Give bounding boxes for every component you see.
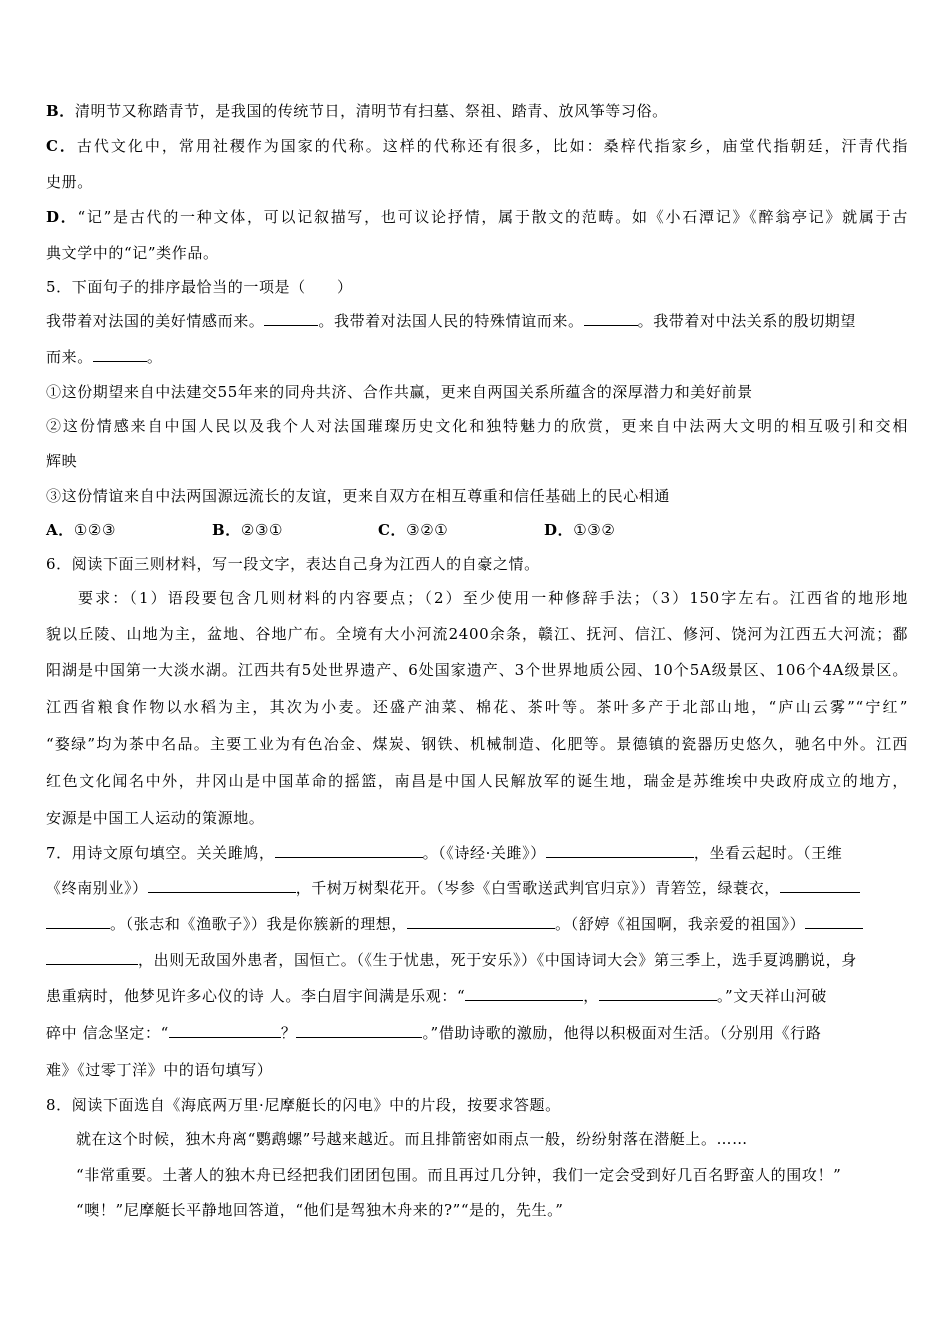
answer-blank[interactable] [465, 986, 583, 1001]
q4-option-d-cont: 典文学中的“记”类作品。 [46, 243, 219, 263]
question-number: 7． [46, 844, 72, 862]
q6-stem: 6．阅读下面三则材料，写一段文字，表达自己身为江西人的自豪之情。 [46, 554, 540, 574]
answer-blank[interactable] [275, 843, 423, 858]
option-label: C． [46, 137, 77, 155]
answer-blank[interactable] [169, 1023, 281, 1038]
choice-c[interactable]: C．③②① [378, 520, 544, 540]
question-number: 6． [46, 555, 72, 573]
answer-blank[interactable] [546, 843, 694, 858]
q8-paragraph: “噢！”尼摩艇长平静地回答道，“他们是驾独木舟来的?”“是的，先生。” [76, 1200, 564, 1220]
q7-line7: 难》《过零丁洋》中的语句填写） [46, 1060, 273, 1080]
q6-material-line: 江西省粮食作物以水稻为主，其次为小麦。还盛产油菜、棉花、茶叶等。茶叶多产于北部山… [46, 697, 908, 717]
answer-blank[interactable] [296, 1023, 422, 1038]
answer-blank[interactable] [93, 347, 147, 362]
q8-paragraph: “非常重要。土著人的独木舟已经把我们团团包围。而且再过几分钟，我们一定会受到好几… [76, 1165, 841, 1185]
q6-material-line: 貌以丘陵、山地为主，盆地、谷地广布。全境有大小河流2400余条，赣江、抚河、信江… [46, 624, 908, 644]
q5-passage-line2: 而来。。 [46, 347, 162, 367]
q5-passage-line1: 我带着对法国的美好情感而来。。我带着对法国人民的特殊情谊而来。。我带着对中法关系… [46, 311, 856, 331]
answer-blank[interactable] [407, 914, 555, 929]
answer-blank[interactable] [148, 878, 296, 893]
answer-blank[interactable] [599, 986, 717, 1001]
question-number: 5． [46, 278, 72, 296]
q7-line2: 《终南别业》），千树万树梨花开。（岑参《白雪歌送武判官归京》）青箬笠，绿蓑衣， [46, 878, 860, 898]
q4-option-c: C．古代文化中，常用社稷作为国家的代称。这样的代称还有很多，比如：桑梓代指家乡，… [46, 136, 908, 156]
q7-line6: 碎中 信念坚定：“？。”借助诗歌的激励，他得以积极面对生活。（分别用《行路 [46, 1023, 821, 1043]
answer-blank[interactable] [264, 311, 318, 326]
choice-a[interactable]: A．①②③ [46, 520, 212, 540]
answer-blank[interactable] [46, 950, 138, 965]
answer-blank[interactable] [780, 878, 860, 893]
q8-stem: 8．阅读下面选自《海底两万里·尼摩艇长的闪电》中的片段，按要求答题。 [46, 1095, 561, 1115]
q5-item-2: ②这份情感来自中国人民以及我个人对法国璀璨历史文化和独特魅力的欣赏，更来自中法两… [46, 416, 908, 436]
answer-blank[interactable] [584, 311, 638, 326]
option-label: D． [46, 208, 78, 226]
answer-blank[interactable] [46, 914, 110, 929]
q4-option-b: B．清明节又称踏青节，是我国的传统节日，清明节有扫墓、祭祖、踏青、放风筝等习俗。 [46, 101, 668, 121]
q7-line5: 患重病时，他梦见许多心仪的诗 人。李白眉宇间满是乐观：“，。”文天祥山河破 [46, 986, 827, 1006]
q5-item-3: ③这份情谊来自中法两国源远流长的友谊，更来自双方在相互尊重和信任基础上的民心相通 [46, 486, 670, 506]
q5-item-1: ①这份期望来自中法建交55年来的同舟共济、合作共赢，更来自两国关系所蕴含的深厚潜… [46, 382, 753, 402]
question-number: 8． [46, 1096, 72, 1114]
q7-line1: 7．用诗文原句填空。关关雎鸠，。（《诗经·关雎》），坐看云起时。（王维 [46, 843, 842, 863]
q5-stem: 5．下面句子的排序最恰当的一项是（ ） [46, 277, 353, 297]
q6-material-line: “婺绿”均为茶中名品。主要工业为有色冶金、煤炭、钢铁、机械制造、化肥等。景德镇的… [46, 734, 908, 754]
q7-line4: ，出则无敌国外患者，国恒亡。（《生于忧患，死于安乐》）《中国诗词大会》第三季上，… [46, 950, 857, 970]
q5-item-2-cont: 辉映 [46, 451, 77, 471]
q6-material-line: 要求：（1）语段要包含几则材料的内容要点；（2）至少使用一种修辞手法；（3）15… [78, 588, 908, 608]
q4-option-d: D．“记”是古代的一种文体，可以记叙描写，也可议论抒情，属于散文的范畴。如《小石… [46, 207, 908, 227]
answer-blank[interactable] [805, 914, 863, 929]
q6-material-line: 阳湖是中国第一大淡水湖。江西共有5处世界遗产、6处国家遗产、3个世界地质公园、1… [46, 660, 908, 680]
choice-d[interactable]: D．①③② [544, 520, 710, 540]
choice-b[interactable]: B．②③① [212, 520, 378, 540]
q8-paragraph: 就在这个时候，独木舟离“鹦鹉螺”号越来越近。而且排箭密如雨点一般，纷纷射落在潜艇… [76, 1129, 748, 1149]
q5-choices: A．①②③B．②③①C．③②①D．①③② [46, 520, 710, 540]
q6-material-line: 红色文化闻名中外，井冈山是中国革命的摇篮，南昌是中国人民解放军的诞生地，瑞金是苏… [46, 771, 908, 791]
q7-line3: 。（张志和《渔歌子》）我是你簇新的理想，。（舒婷《祖国啊，我亲爱的祖国》） [46, 914, 863, 934]
q6-material-line: 安源是中国工人运动的策源地。 [46, 808, 264, 828]
q4-option-c-cont: 史册。 [46, 172, 93, 192]
option-label: B． [46, 102, 75, 120]
